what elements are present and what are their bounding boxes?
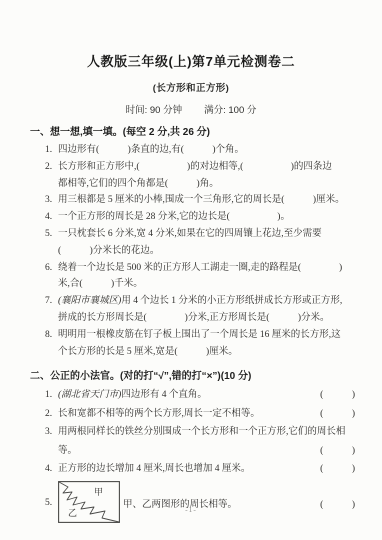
time-label: 时间: 90 分钟 bbox=[126, 102, 183, 116]
question-line: 绕着一个边长是 500 米的正方形人工湖走一圈,走的路程是( ) bbox=[58, 260, 355, 277]
question: 2. 长和宽都不相等的两个长方形,周长一定不相等。 ( ) bbox=[45, 405, 355, 423]
question: 4. 一个正方形的周长是 28 分米,它的边长是( )。 bbox=[45, 209, 355, 226]
question-body: 用两根同样长的铁丝分别围成一个长方形和一个正方形,它们的周长相 等。 ( ) bbox=[58, 423, 355, 460]
statement-text: 四边形有 4 个直角。 bbox=[121, 390, 207, 400]
question-line: (襄阳市襄城区)用 4 个边长 1 分米的小正方形纸拼成长方形或正方形, bbox=[58, 293, 355, 310]
question: 1. 四边形有( )条直的边,有( )个角。 bbox=[45, 142, 355, 159]
question-body: 四边形有( )条直的边,有( )个角。 bbox=[58, 142, 355, 159]
answer-blank: ( ) bbox=[320, 405, 355, 423]
question-body: 长和宽都不相等的两个长方形,周长一定不相等。 ( ) bbox=[58, 405, 355, 423]
question-number: 3. bbox=[45, 192, 58, 209]
question: 4. 正方形的边长增加 4 厘米,周长也增加 4 厘米。 ( ) bbox=[45, 460, 355, 478]
question-number: 6. bbox=[45, 260, 58, 277]
question-number: 5. bbox=[45, 481, 58, 525]
question-line: 明明用一根橡皮筋在钉子板上围出了一个周长是 16 厘米的长方形,这 bbox=[58, 327, 355, 344]
question-line: 拼成的长方形周长是( )分米,正方形周长是( )分米。 bbox=[58, 310, 355, 327]
question-line: 四边形有( )条直的边,有( )个角。 bbox=[58, 142, 355, 159]
question-body: 长方形和正方形中,( )的对边相等,( )的四条边 都相等,它们的四个角都是( … bbox=[58, 159, 355, 193]
question-number: 4. bbox=[45, 209, 58, 226]
question-text: 用 4 个边长 1 分米的小正方形纸拼成长方形或正方形, bbox=[121, 296, 342, 306]
paper-subtitle: (长方形和正方形) bbox=[0, 80, 382, 94]
region-tag: (湖北省天门市) bbox=[58, 390, 121, 400]
question-line: 个长方形的长是 5 厘米,宽是( )厘米。 bbox=[58, 344, 355, 361]
question-body: 正方形的边长增加 4 厘米,周长也增加 4 厘米。 ( ) bbox=[58, 460, 355, 478]
question-number: 3. bbox=[45, 423, 58, 441]
question-number: 7. bbox=[45, 293, 58, 310]
question-line: 用三根都是 5 厘米的小棒,围成一个三角形,它的周长是( )厘米。 bbox=[58, 192, 355, 209]
question: 5. 一只枕套长 6 分米,宽 4 分米,如果在它的四周镶上花边,至少需要 ( … bbox=[45, 226, 355, 260]
question-line: 米,合( )千米。 bbox=[58, 276, 355, 293]
question: 8. 明明用一根橡皮筋在钉子板上围出了一个周长是 16 厘米的长方形,这 个长方… bbox=[45, 327, 355, 361]
answer-blank: ( ) bbox=[320, 460, 355, 478]
question-number: 2. bbox=[45, 159, 58, 176]
section-1-questions: 1. 四边形有( )条直的边,有( )个角。 2. 长方形和正方形中,( )的对… bbox=[45, 142, 355, 360]
section-1-heading: 一、想一想,填一填。(每空 2 分,共 26 分) bbox=[30, 125, 355, 140]
question-number: 1. bbox=[45, 386, 58, 404]
question-body: 一只枕套长 6 分米,宽 4 分米,如果在它的四周镶上花边,至少需要 ( )分米… bbox=[58, 226, 355, 260]
question-number: 4. bbox=[45, 460, 58, 478]
question-text: (湖北省天门市)四边形有 4 个直角。 bbox=[58, 386, 207, 404]
label-jia: 甲 bbox=[94, 487, 103, 497]
question: 5. 甲 乙 甲、乙两图形的周长相等。 ( ) bbox=[45, 481, 355, 525]
question: 6. 绕着一个边长是 500 米的正方形人工湖走一圈,走的路程是( ) 米,合(… bbox=[45, 260, 355, 294]
paper-info-line: 时间: 90 分钟 满分: 100 分 bbox=[0, 102, 382, 116]
question: 3. 用三根都是 5 厘米的小棒,围成一个三角形,它的周长是( )厘米。 bbox=[45, 192, 355, 209]
question-line: 用两根同样长的铁丝分别围成一个长方形和一个正方形,它们的周长相 bbox=[58, 423, 355, 441]
question-line: (湖北省天门市)四边形有 4 个直角。 ( ) bbox=[58, 386, 355, 404]
page-title: 人教版三年级(上)第7单元检测卷二 bbox=[0, 51, 382, 70]
question-body: (湖北省天门市)四边形有 4 个直角。 ( ) bbox=[58, 386, 355, 404]
question-line: ( )分米长的花边。 bbox=[58, 243, 355, 260]
test-paper-page: 人教版三年级(上)第7单元检测卷二 (长方形和正方形) 时间: 90 分钟 满分… bbox=[0, 0, 382, 540]
question-body: 用三根都是 5 厘米的小棒,围成一个三角形,它的周长是( )厘米。 bbox=[58, 192, 355, 209]
question: 3. 用两根同样长的铁丝分别围成一个长方形和一个正方形,它们的周长相 等。 ( … bbox=[45, 423, 355, 460]
question: 1. (湖北省天门市)四边形有 4 个直角。 ( ) bbox=[45, 386, 355, 404]
score-label: 满分: 100 分 bbox=[204, 102, 256, 116]
answer-blank: ( ) bbox=[320, 386, 355, 404]
section-2-heading: 二、公正的小法官。(对的打“√”,错的打“×”)(10 分) bbox=[30, 369, 355, 384]
question-number: 2. bbox=[45, 405, 58, 423]
page-number: -1- bbox=[0, 505, 382, 514]
question-line: 长方形和正方形中,( )的对边相等,( )的四条边 bbox=[58, 159, 355, 176]
question: 2. 长方形和正方形中,( )的对边相等,( )的四条边 都相等,它们的四个角都… bbox=[45, 159, 355, 193]
question-line: 等。 ( ) bbox=[58, 442, 355, 460]
statement-text: 正方形的边长增加 4 厘米,周长也增加 4 厘米。 bbox=[58, 460, 250, 478]
question-line: 正方形的边长增加 4 厘米,周长也增加 4 厘米。 ( ) bbox=[58, 460, 355, 478]
question-line: 都相等,它们的四个角都是( )角。 bbox=[58, 176, 355, 193]
question-body: 一个正方形的周长是 28 分米,它的边长是( )。 bbox=[58, 209, 355, 226]
statement-text: 长和宽都不相等的两个长方形,周长一定不相等。 bbox=[58, 405, 260, 423]
question: 7. (襄阳市襄城区)用 4 个边长 1 分米的小正方形纸拼成长方形或正方形, … bbox=[45, 293, 355, 327]
question-body: 明明用一根橡皮筋在钉子板上围出了一个周长是 16 厘米的长方形,这 个长方形的长… bbox=[58, 327, 355, 361]
question-number: 5. bbox=[45, 226, 58, 243]
question-body: (襄阳市襄城区)用 4 个边长 1 分米的小正方形纸拼成长方形或正方形, 拼成的… bbox=[58, 293, 355, 327]
question-line: 一个正方形的周长是 28 分米,它的边长是( )。 bbox=[58, 209, 355, 226]
question-number: 1. bbox=[45, 142, 58, 159]
region-tag: (襄阳市襄城区) bbox=[58, 296, 121, 306]
question-number: 8. bbox=[45, 327, 58, 344]
shape-figure: 甲 乙 bbox=[58, 481, 120, 526]
question-line: 一只枕套长 6 分米,宽 4 分米,如果在它的四周镶上花边,至少需要 bbox=[58, 226, 355, 243]
paper-header: 人教版三年级(上)第7单元检测卷二 (长方形和正方形) 时间: 90 分钟 满分… bbox=[0, 0, 382, 116]
question-body: 绕着一个边长是 500 米的正方形人工湖走一圈,走的路程是( ) 米,合( )千… bbox=[58, 260, 355, 294]
question-line: 长和宽都不相等的两个长方形,周长一定不相等。 ( ) bbox=[58, 405, 355, 423]
statement-text: 等。 bbox=[58, 442, 77, 460]
answer-blank: ( ) bbox=[320, 442, 355, 460]
